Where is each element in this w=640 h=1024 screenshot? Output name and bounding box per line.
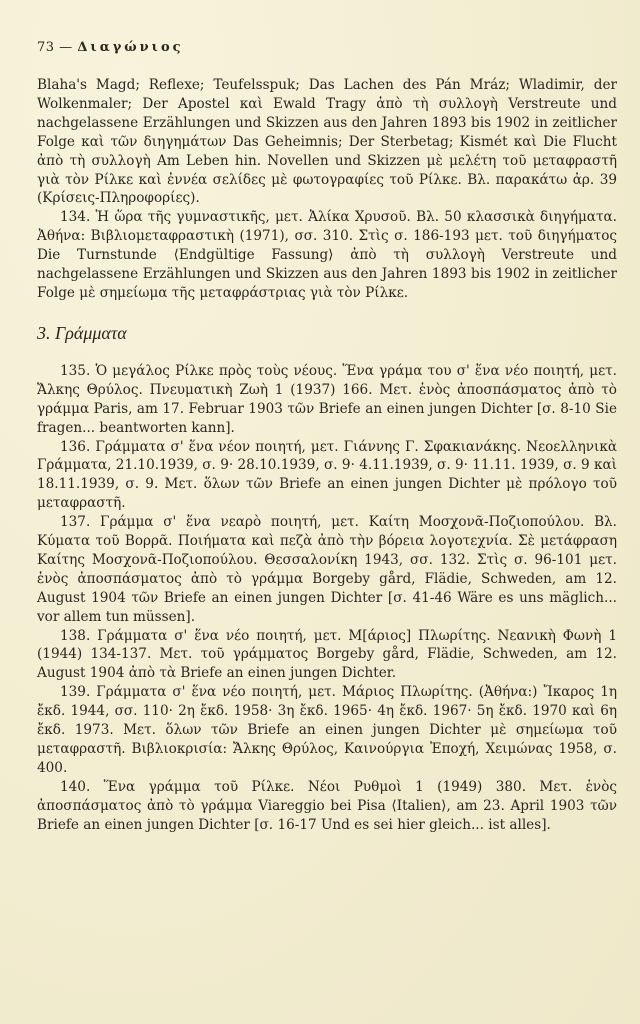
book-page: 73 — Διαγώνιος Blaha's Magd; Reflexe; Te… (37, 40, 617, 835)
section-heading: 3. Γράμματα (37, 323, 617, 344)
page-number: 73 (37, 40, 55, 55)
entry-137: 137. Γράμμα σ' ἕνα νεαρὸ ποιητή, μετ. Κα… (37, 513, 617, 626)
running-head-title: Διαγώνιος (77, 40, 183, 55)
entry-139: 139. Γράμματα σ' ἕνα νέο ποιητή, μετ. Μά… (37, 683, 617, 778)
entry-136: 136. Γράμματα σ' ἕνα νέον ποιητή, μετ. Γ… (37, 438, 617, 514)
entry-134: 134. Ἡ ὥρα τῆς γυμναστικῆς, μετ. Ἀλίκα Χ… (37, 208, 617, 303)
running-head-separator: — (55, 40, 78, 55)
entry-133-continuation: Blaha's Magd; Reflexe; Teufelsspuk; Das … (37, 76, 617, 208)
running-head: 73 — Διαγώνιος (37, 40, 617, 56)
entry-138: 138. Γράμματα σ' ἕνα νέο ποιητή, μετ. Μ[… (37, 627, 617, 684)
entry-135: 135. Ὁ μεγάλος Ρίλκε πρὸς τοὺς νέους. Ἕν… (37, 362, 617, 438)
entry-140: 140. Ἕνα γράμμα τοῦ Ρίλκε. Νέοι Ρυθμοὶ 1… (37, 778, 617, 835)
